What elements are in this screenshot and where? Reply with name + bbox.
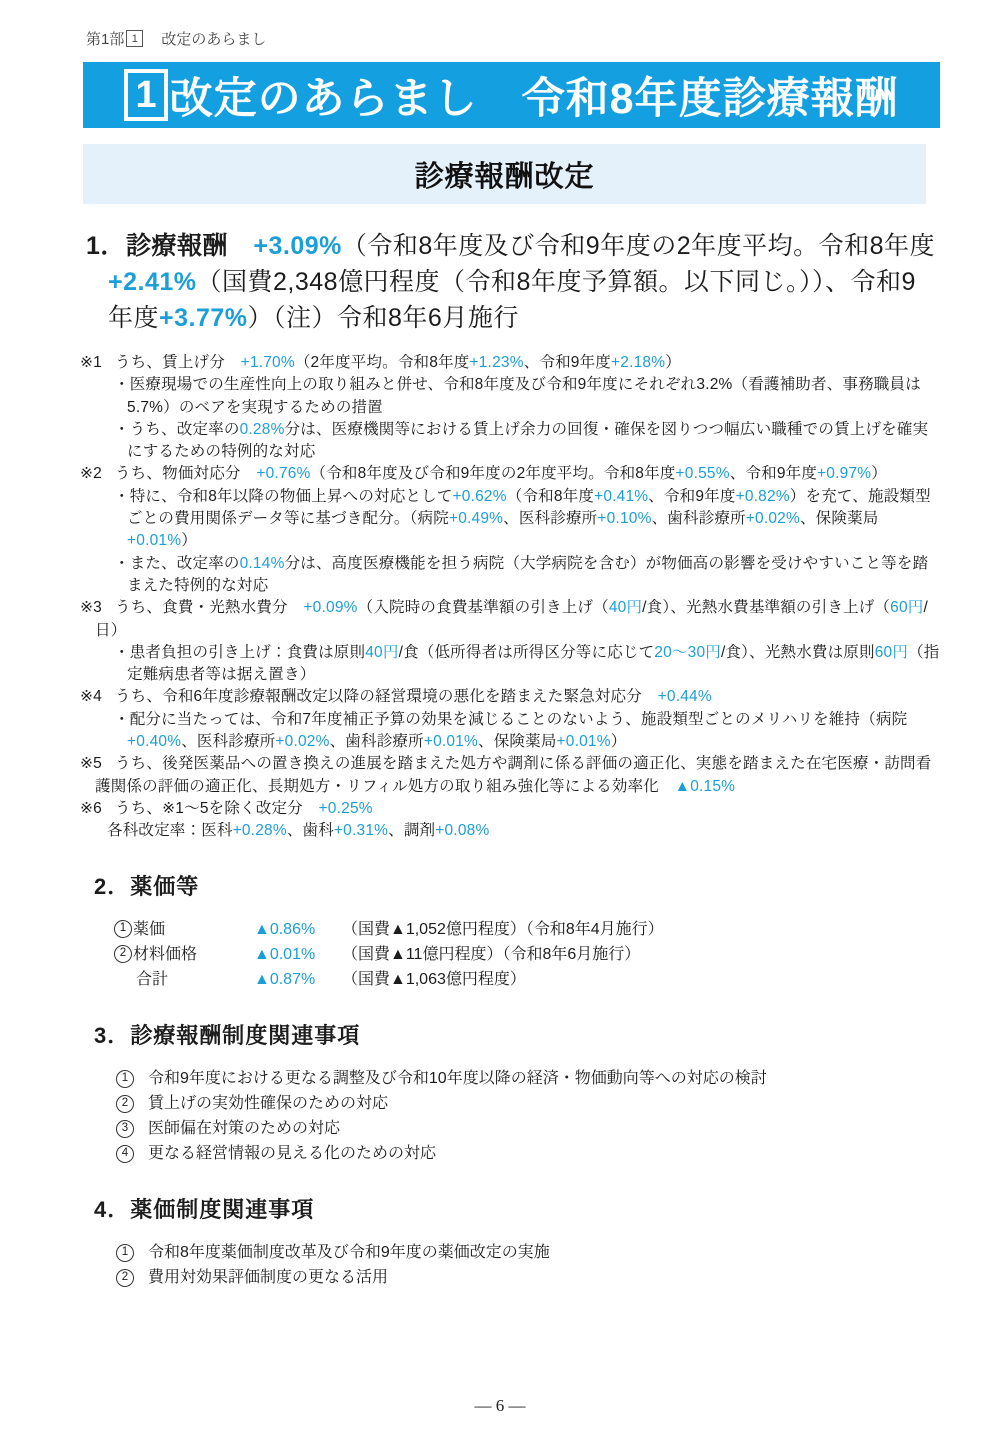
section-2-heading: 2．薬価等 <box>94 870 940 901</box>
item-number-icon: 1 <box>116 1244 134 1262</box>
section-1-lead: 1．診療報酬 +3.09%（令和8年度及び令和9年度の2年度平均。令和8年度+2… <box>86 228 936 336</box>
note-label: ※2 <box>80 465 102 482</box>
item-text: 令和9年度における更なる調整及び令和10年度以降の経済・物価動向等への対応の検討 <box>148 1066 767 1091</box>
bullet-item: また、改定率の0.14%分は、高度医療機能を担う病院（大学病院を含む）が物価高の… <box>80 553 940 598</box>
note-label: ※4 <box>80 688 102 705</box>
item-number-icon: 2 <box>116 1095 134 1113</box>
item-text: 令和8年度薬価制度改革及び令和9年度の薬価改定の実施 <box>148 1240 550 1265</box>
note-subline: 各科改定率：医科+0.28%、歯科+0.31%、調剤+0.08% <box>80 820 940 842</box>
item-number-icon: 1 <box>116 1070 134 1088</box>
note-5: ※5うち、後発医薬品への置き換えの進展を踏まえた処方や調剤に係る評価の適正化、実… <box>80 753 940 798</box>
banner-title: 改定のあらまし 令和8年度診療報酬 <box>170 65 899 126</box>
breadcrumb-part: 第1部 <box>86 28 124 49</box>
numbered-item: 2費用対効果評価制度の更なる活用 <box>116 1265 940 1290</box>
section-4-items: 1令和8年度薬価制度改革及び令和9年度の薬価改定の実施 2費用対効果評価制度の更… <box>116 1240 940 1290</box>
price-row: 2材料価格 ▲0.01% （国費▲11億円程度）（令和8年6月施行） <box>114 942 940 967</box>
numbered-item: 1令和9年度における更なる調整及び令和10年度以降の経済・物価動向等への対応の検… <box>116 1066 940 1091</box>
numbered-item: 4更なる経営情報の見える化のための対応 <box>116 1141 940 1166</box>
numbered-item: 1令和8年度薬価制度改革及び令和9年度の薬価改定の実施 <box>116 1240 940 1265</box>
bullet-item: 配分に当たっては、令和7年度補正予算の効果を減じることのないよう、施設類型ごとの… <box>80 709 940 754</box>
item-number-icon: 2 <box>116 1269 134 1287</box>
item-text: 賃上げの実効性確保のための対応 <box>148 1091 388 1116</box>
note-2: ※2うち、物価対応分 +0.76%（令和8年度及び令和9年度の2年度平均。令和8… <box>80 463 940 597</box>
bullet-item: うち、改定率の0.28%分は、医療機関等における賃上げ余力の回復・確保を図りつつ… <box>80 419 940 464</box>
row-label: 薬価 <box>133 917 165 942</box>
section-3-heading: 3．診療報酬制度関連事項 <box>94 1019 940 1050</box>
row-number-icon: 1 <box>114 920 132 938</box>
chapter-banner: 1 改定のあらまし 令和8年度診療報酬 <box>83 62 940 128</box>
breadcrumb-number-box: 1 <box>126 30 143 47</box>
note-text: うち、食費・光熱水費分 +0.09%（入院時の食費基準額の引き上げ（40円/食）… <box>95 599 928 638</box>
footnotes: ※1うち、賃上げ分 +1.70%（2年度平均。令和8年度+1.23%、令和9年度… <box>80 352 940 843</box>
subtitle-text: 診療報酬改定 <box>414 154 594 195</box>
bullet-item: 医療現場での生産性向上の取り組みと併せ、令和8年度及び令和9年度にそれぞれ3.2… <box>80 374 940 419</box>
item-text: 費用対効果評価制度の更なる活用 <box>148 1265 388 1290</box>
note-label: ※3 <box>80 599 102 616</box>
note-6: ※6うち、※1〜5を除く改定分 +0.25% 各科改定率：医科+0.28%、歯科… <box>80 798 940 843</box>
price-row-total: 合計 ▲0.87% （国費▲1,063億円程度） <box>114 967 940 992</box>
section-3-items: 1令和9年度における更なる調整及び令和10年度以降の経済・物価動向等への対応の検… <box>116 1066 940 1166</box>
row-value: ▲0.01% <box>254 942 342 967</box>
bullet-item: 患者負担の引き上げ：食費は原則40円/食（低所得者は所得区分等に応じて20〜30… <box>80 642 940 687</box>
note-label: ※1 <box>80 354 102 371</box>
item-text: 医師偏在対策のための対応 <box>148 1116 340 1141</box>
note-label: ※5 <box>80 755 102 772</box>
note-text: うち、令和6年度診療報酬改定以降の経営環境の悪化を踏まえた緊急対応分 +0.44… <box>115 688 712 705</box>
numbered-item: 3医師偏在対策のための対応 <box>116 1116 940 1141</box>
subtitle-panel: 診療報酬改定 <box>83 144 926 204</box>
document-page: 第1部 1 改定のあらまし 1 改定のあらまし 令和8年度診療報酬 診療報酬改定… <box>0 28 1000 1290</box>
bullet-item: 特に、令和8年以降の物価上昇への対応として+0.62%（令和8年度+0.41%、… <box>80 486 940 553</box>
row-value: ▲0.87% <box>254 967 342 992</box>
note-text: うち、物価対応分 +0.76%（令和8年度及び令和9年度の2年度平均。令和8年度… <box>115 465 887 482</box>
row-label: 合計 <box>136 967 168 992</box>
row-detail: （国費▲11億円程度）（令和8年6月施行） <box>342 942 640 967</box>
row-number-icon: 2 <box>114 945 132 963</box>
section-4-heading: 4．薬価制度関連事項 <box>94 1193 940 1224</box>
note-3: ※3うち、食費・光熱水費分 +0.09%（入院時の食費基準額の引き上げ（40円/… <box>80 597 940 686</box>
row-detail: （国費▲1,063億円程度） <box>342 967 526 992</box>
note-text: うち、※1〜5を除く改定分 +0.25% <box>115 800 373 817</box>
note-text: うち、後発医薬品への置き換えの進展を踏まえた処方や調剤に係る評価の適正化、実態を… <box>95 755 931 794</box>
breadcrumb: 第1部 1 改定のあらまし <box>86 28 940 49</box>
note-1: ※1うち、賃上げ分 +1.70%（2年度平均。令和8年度+1.23%、令和9年度… <box>80 352 940 463</box>
row-label: 材料価格 <box>133 942 197 967</box>
row-value: ▲0.86% <box>254 917 342 942</box>
price-table: 1薬価 ▲0.86% （国費▲1,052億円程度）（令和8年4月施行） 2材料価… <box>114 917 940 992</box>
row-detail: （国費▲1,052億円程度）（令和8年4月施行） <box>342 917 664 942</box>
note-label: ※6 <box>80 800 102 817</box>
item-number-icon: 4 <box>116 1145 134 1163</box>
price-row: 1薬価 ▲0.86% （国費▲1,052億円程度）（令和8年4月施行） <box>114 917 940 942</box>
banner-number-box: 1 <box>124 69 167 121</box>
note-text: うち、賃上げ分 +1.70%（2年度平均。令和8年度+1.23%、令和9年度+2… <box>115 354 681 371</box>
breadcrumb-title: 改定のあらまし <box>161 28 266 49</box>
note-4: ※4うち、令和6年度診療報酬改定以降の経営環境の悪化を踏まえた緊急対応分 +0.… <box>80 686 940 753</box>
item-number-icon: 3 <box>116 1120 134 1138</box>
item-text: 更なる経営情報の見える化のための対応 <box>148 1141 436 1166</box>
numbered-item: 2賃上げの実効性確保のための対応 <box>116 1091 940 1116</box>
page-number: — 6 — <box>0 1396 1000 1416</box>
